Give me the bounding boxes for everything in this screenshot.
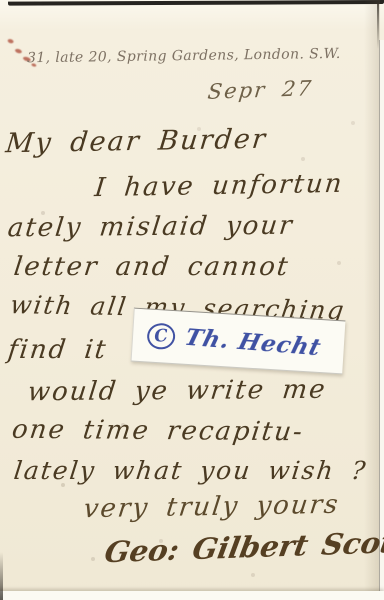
paper-right-edge — [379, 40, 384, 600]
body-line-6: would ye write me — [26, 375, 328, 408]
copyright-symbol-icon: C — [146, 322, 176, 350]
body-line-1: I have unfortun — [93, 169, 345, 203]
body-line-3: letter and cannot — [12, 252, 291, 282]
scan-top-edge — [8, 0, 384, 6]
paper-bottom-edge — [0, 591, 384, 600]
salutation: My dear Burder — [4, 124, 268, 160]
letter-scan: 31, late 20, Spring Gardens, London. S.W… — [0, 0, 384, 600]
scan-bottom-left-edge — [0, 552, 3, 600]
closing-valediction: very truly yours — [82, 490, 341, 524]
body-line-7: one time recapitu- — [10, 415, 306, 448]
paper-speckles — [0, 0, 2, 2]
letterhead-address: 31, late 20, Spring Gardens, London. S.W… — [27, 46, 357, 67]
copyright-holder-name: Th. Hecht — [182, 323, 325, 360]
body-line-8: lately what you wish ? — [12, 456, 369, 485]
paper-right-shadow — [364, 0, 380, 600]
body-line-5: find it — [6, 335, 109, 365]
handwritten-date: Sepr 27 — [207, 76, 315, 104]
signature: Geo: Gilbert Scott — [102, 525, 384, 569]
body-line-2: ately mislaid your — [6, 211, 295, 243]
copyright-label-slip: C Th. Hecht — [131, 308, 346, 375]
